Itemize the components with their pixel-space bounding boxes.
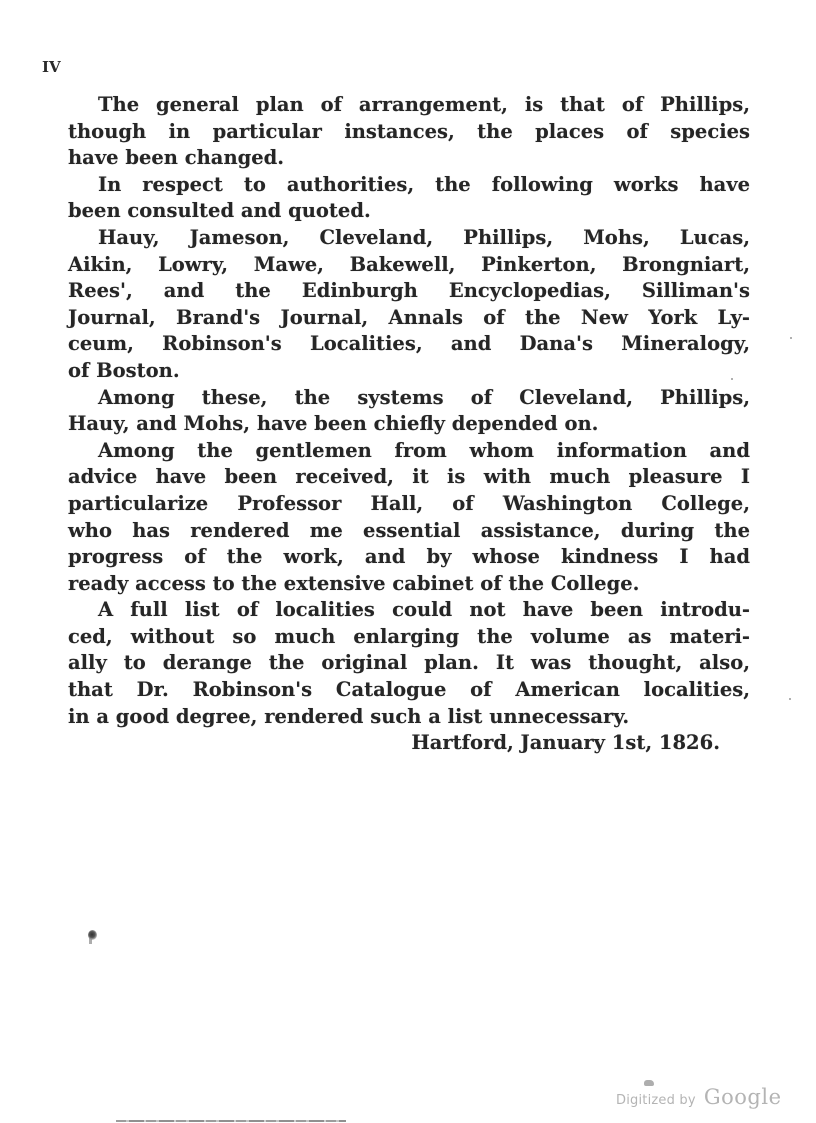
signature-dateline: Hartford, January 1st, 1826.	[68, 730, 750, 757]
paragraph-arrangement: The general plan of arrangement, is that…	[68, 92, 750, 172]
text-line: ceum, Robinson's Localities, and Dana's …	[68, 331, 750, 358]
scan-speck	[731, 378, 733, 380]
text-line: Among these, the systems of Cleveland, P…	[68, 385, 750, 412]
text-line: Hauy, and Mohs, have been chiefly depend…	[68, 411, 750, 438]
paragraph-localities: A full list of localities could not have…	[68, 597, 750, 730]
paragraph-works-list: Hauy, Jameson, Cleveland, Phillips, Mohs…	[68, 225, 750, 385]
paragraph-acknowledgement: Among the gentlemen from whom informatio…	[68, 438, 750, 598]
text-line: progress of the work, and by whose kindn…	[68, 544, 750, 571]
text-line: Journal, Brand's Journal, Annals of the …	[68, 305, 750, 332]
text-line: Hauy, Jameson, Cleveland, Phillips, Mohs…	[68, 225, 750, 252]
text-line: Among the gentlemen from whom informatio…	[68, 438, 750, 465]
text-line: particularize Professor Hall, of Washing…	[68, 491, 750, 518]
text-line: ally to derange the original plan. It wa…	[68, 650, 750, 677]
paragraph-authorities: In respect to authorities, the following…	[68, 172, 750, 225]
text-line: Rees', and the Edinburgh Encyclopedias, …	[68, 278, 750, 305]
scan-speck	[790, 337, 792, 339]
text-line: in a good degree, rendered such a list u…	[68, 704, 750, 731]
paragraph-systems: Among these, the systems of Cleveland, P…	[68, 385, 750, 438]
text-line: of Boston.	[68, 358, 750, 385]
text-line: advice have been received, it is with mu…	[68, 464, 750, 491]
text-line: ready access to the extensive cabinet of…	[68, 571, 750, 598]
text-line: been consulted and quoted.	[68, 198, 750, 225]
preface-body: The general plan of arrangement, is that…	[68, 92, 750, 757]
text-line: though in particular instances, the plac…	[68, 119, 750, 146]
text-line: Aikin, Lowry, Mawe, Bakewell, Pinkerton,…	[68, 252, 750, 279]
ink-blot-tail	[89, 938, 92, 944]
text-line: that Dr. Robinson's Catalogue of America…	[68, 677, 750, 704]
text-line: The general plan of arrangement, is that…	[68, 92, 750, 119]
text-line: In respect to authorities, the following…	[68, 172, 750, 199]
text-line: have been changed.	[68, 145, 750, 172]
watermark-brand: Google	[704, 1085, 782, 1109]
bottom-rule	[116, 1120, 346, 1122]
watermark-prefix: Digitized by	[616, 1093, 696, 1108]
text-line: ced, without so much enlarging the volum…	[68, 624, 750, 651]
digitized-watermark: Digitized by Google	[616, 1085, 782, 1109]
scan-speck	[789, 698, 791, 700]
text-line: who has rendered me essential assistance…	[68, 518, 750, 545]
text-line: A full list of localities could not have…	[68, 597, 750, 624]
page-number: IV	[42, 58, 61, 76]
